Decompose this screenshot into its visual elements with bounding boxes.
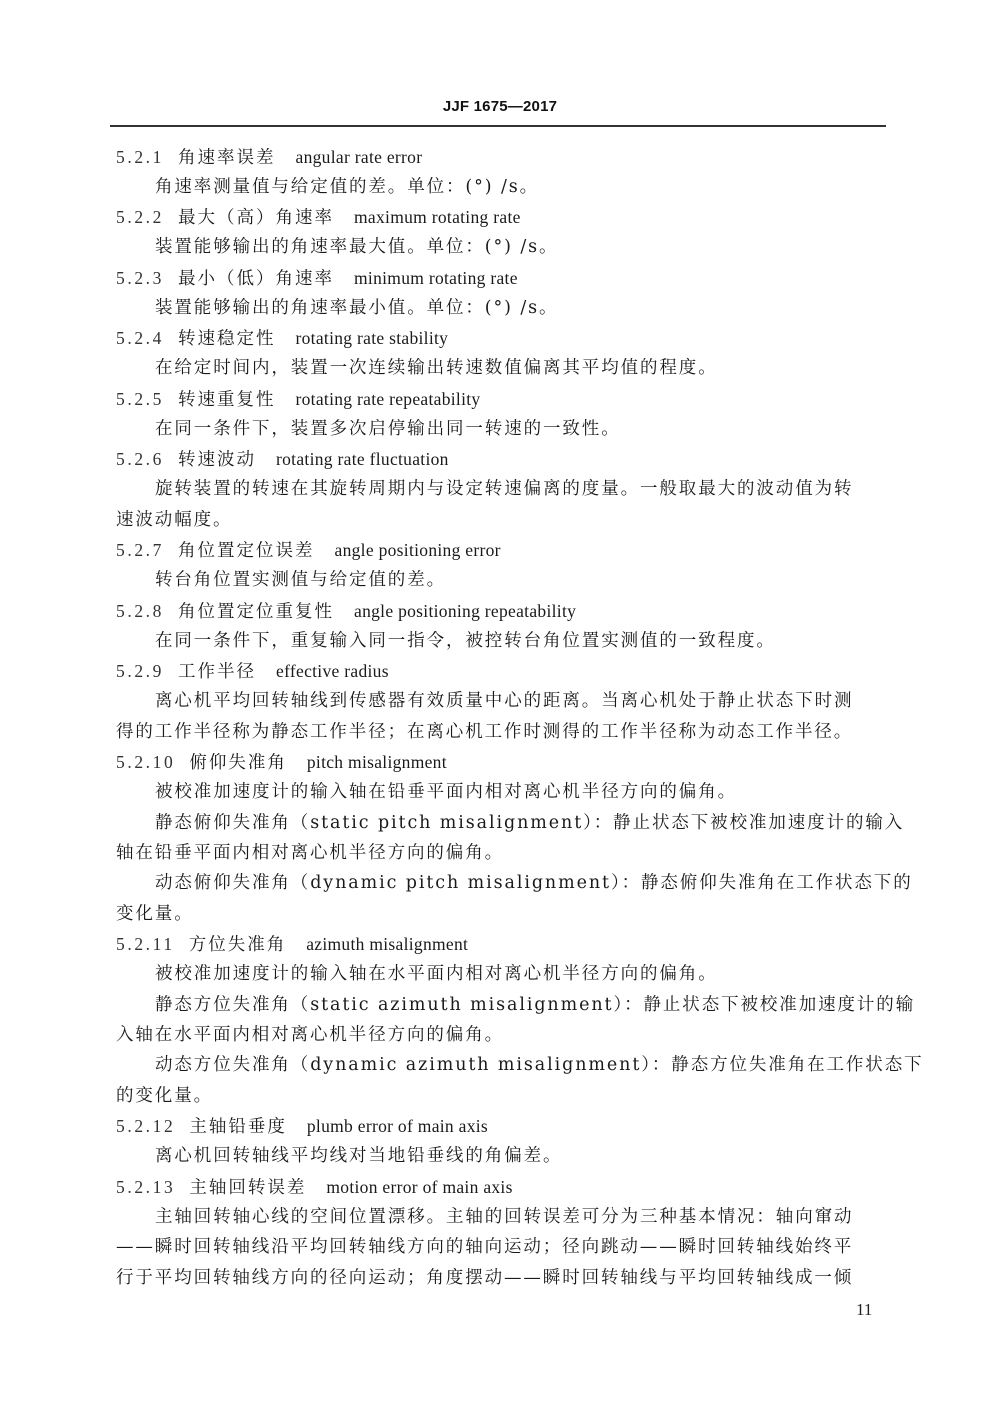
- paragraph-line: 在同一条件下，重复输入同一指令，被控转台角位置实测值的一致程度。: [155, 630, 776, 652]
- section-number: 5.2.8: [116, 600, 164, 622]
- section-title-zh: 转速稳定性: [178, 328, 276, 350]
- paragraph-line: 静态方位失准角（static azimuth misalignment）：静止状…: [155, 994, 915, 1016]
- section-heading-5-2-8: 5.2.8角位置定位重复性angle positioning repeatabi…: [116, 600, 576, 622]
- section-title-zh: 主轴回转误差: [189, 1177, 306, 1199]
- section-heading-5-2-2: 5.2.2最大（高）角速率maximum rotating rate: [116, 206, 521, 228]
- paragraph-line: 速波动幅度。: [116, 509, 232, 531]
- paragraph-line: 变化量。: [116, 903, 194, 925]
- section-title-zh: 俯仰失准角: [189, 752, 287, 774]
- paragraph-line: 得的工作半径称为静态工作半径；在离心机工作时测得的工作半径称为动态工作半径。: [116, 721, 853, 743]
- section-title-en: rotating rate fluctuation: [276, 448, 449, 470]
- section-heading-5-2-12: 5.2.12主轴铅垂度plumb error of main axis: [116, 1115, 488, 1137]
- paragraph-line: 转台角位置实测值与给定值的差。: [155, 569, 446, 591]
- section-title-en: angular rate error: [296, 146, 423, 168]
- section-title-en: effective radius: [276, 660, 389, 682]
- section-heading-5-2-5: 5.2.5转速重复性rotating rate repeatability: [116, 388, 480, 410]
- section-title-en: azimuth misalignment: [306, 933, 468, 955]
- section-title-en: pitch misalignment: [307, 751, 447, 773]
- section-title-en: minimum rotating rate: [354, 267, 518, 289]
- section-heading-5-2-13: 5.2.13主轴回转误差motion error of main axis: [116, 1176, 513, 1198]
- section-title-zh: 工作半径: [178, 661, 256, 683]
- section-heading-5-2-6: 5.2.6转速波动rotating rate fluctuation: [116, 448, 449, 470]
- section-title-en: rotating rate stability: [296, 327, 449, 349]
- paragraph-line: 主轴回转轴心线的空间位置漂移。主轴的回转误差可分为三种基本情况：轴向窜动: [155, 1206, 853, 1228]
- section-number: 5.2.6: [116, 448, 164, 470]
- section-title-zh: 角速率误差: [178, 147, 276, 169]
- paragraph-line: 动态俯仰失准角（dynamic pitch misalignment）：静态俯仰…: [155, 872, 913, 894]
- paragraph-line: 行于平均回转轴线方向的径向运动；角度摆动——瞬时回转轴线与平均回转轴线成一倾: [116, 1267, 853, 1289]
- section-title-zh: 转速波动: [178, 449, 256, 471]
- section-number: 5.2.5: [116, 388, 164, 410]
- section-title-en: plumb error of main axis: [307, 1115, 488, 1137]
- paragraph-line: 被校准加速度计的输入轴在水平面内相对离心机半径方向的偏角。: [155, 963, 718, 985]
- section-heading-5-2-11: 5.2.11方位失准角azimuth misalignment: [116, 933, 468, 955]
- section-heading-5-2-3: 5.2.3最小（低）角速率minimum rotating rate: [116, 267, 518, 289]
- section-title-en: angle positioning repeatability: [354, 600, 576, 622]
- section-number: 5.2.1: [116, 146, 164, 168]
- page-number: 11: [856, 1300, 872, 1320]
- section-heading-5-2-9: 5.2.9工作半径effective radius: [116, 660, 389, 682]
- section-number: 5.2.4: [116, 327, 164, 349]
- paragraph-line: 角速率测量值与给定值的差。单位：(°) /s。: [155, 176, 539, 198]
- section-title-zh: 角位置定位误差: [178, 540, 315, 562]
- section-title-en: motion error of main axis: [326, 1176, 512, 1198]
- section-number: 5.2.13: [116, 1176, 175, 1198]
- paragraph-line: 在给定时间内，装置一次连续输出转速数值偏离其平均值的程度。: [155, 357, 718, 379]
- paragraph-line: 轴在铅垂平面内相对离心机半径方向的偏角。: [116, 842, 504, 864]
- section-title-zh: 最大（高）角速率: [178, 207, 334, 229]
- section-title-zh: 主轴铅垂度: [189, 1116, 287, 1138]
- section-title-zh: 转速重复性: [178, 389, 276, 411]
- section-title-en: rotating rate repeatability: [296, 388, 481, 410]
- section-number: 5.2.12: [116, 1115, 175, 1137]
- section-number: 5.2.2: [116, 206, 164, 228]
- paragraph-line: 离心机平均回转轴线到传感器有效质量中心的距离。当离心机处于静止状态下时测: [155, 690, 853, 712]
- section-title-zh: 方位失准角: [189, 934, 287, 956]
- paragraph-line: ——瞬时回转轴线沿平均回转轴线方向的轴向运动；径向跳动——瞬时回转轴线始终平: [116, 1236, 853, 1258]
- section-number: 5.2.10: [116, 751, 175, 773]
- header-divider: [110, 125, 886, 127]
- section-heading-5-2-4: 5.2.4转速稳定性rotating rate stability: [116, 327, 448, 349]
- paragraph-line: 旋转装置的转速在其旋转周期内与设定转速偏离的度量。一般取最大的波动值为转: [155, 478, 853, 500]
- section-heading-5-2-10: 5.2.10俯仰失准角pitch misalignment: [116, 751, 447, 773]
- section-heading-5-2-7: 5.2.7角位置定位误差angle positioning error: [116, 539, 501, 561]
- page-header-title: JJF 1675—2017: [0, 98, 1000, 115]
- section-number: 5.2.3: [116, 267, 164, 289]
- section-title-en: maximum rotating rate: [354, 206, 521, 228]
- section-title-zh: 最小（低）角速率: [178, 268, 334, 290]
- paragraph-line: 入轴在水平面内相对离心机半径方向的偏角。: [116, 1024, 504, 1046]
- paragraph-line: 被校准加速度计的输入轴在铅垂平面内相对离心机半径方向的偏角。: [155, 781, 737, 803]
- paragraph-line: 的变化量。: [116, 1085, 213, 1107]
- section-number: 5.2.11: [116, 933, 175, 955]
- section-heading-5-2-1: 5.2.1角速率误差angular rate error: [116, 146, 422, 168]
- section-number: 5.2.7: [116, 539, 164, 561]
- paragraph-line: 装置能够输出的角速率最小值。单位：(°) /s。: [155, 297, 558, 319]
- paragraph-line: 在同一条件下，装置多次启停输出同一转速的一致性。: [155, 418, 621, 440]
- paragraph-line: 静态俯仰失准角（static pitch misalignment）：静止状态下…: [155, 812, 904, 834]
- section-title-zh: 角位置定位重复性: [178, 601, 334, 623]
- paragraph-line: 装置能够输出的角速率最大值。单位：(°) /s。: [155, 236, 558, 258]
- paragraph-line: 动态方位失准角（dynamic azimuth misalignment）：静态…: [155, 1054, 924, 1076]
- paragraph-line: 离心机回转轴线平均线对当地铅垂线的角偏差。: [155, 1145, 562, 1167]
- section-title-en: angle positioning error: [335, 539, 501, 561]
- section-number: 5.2.9: [116, 660, 164, 682]
